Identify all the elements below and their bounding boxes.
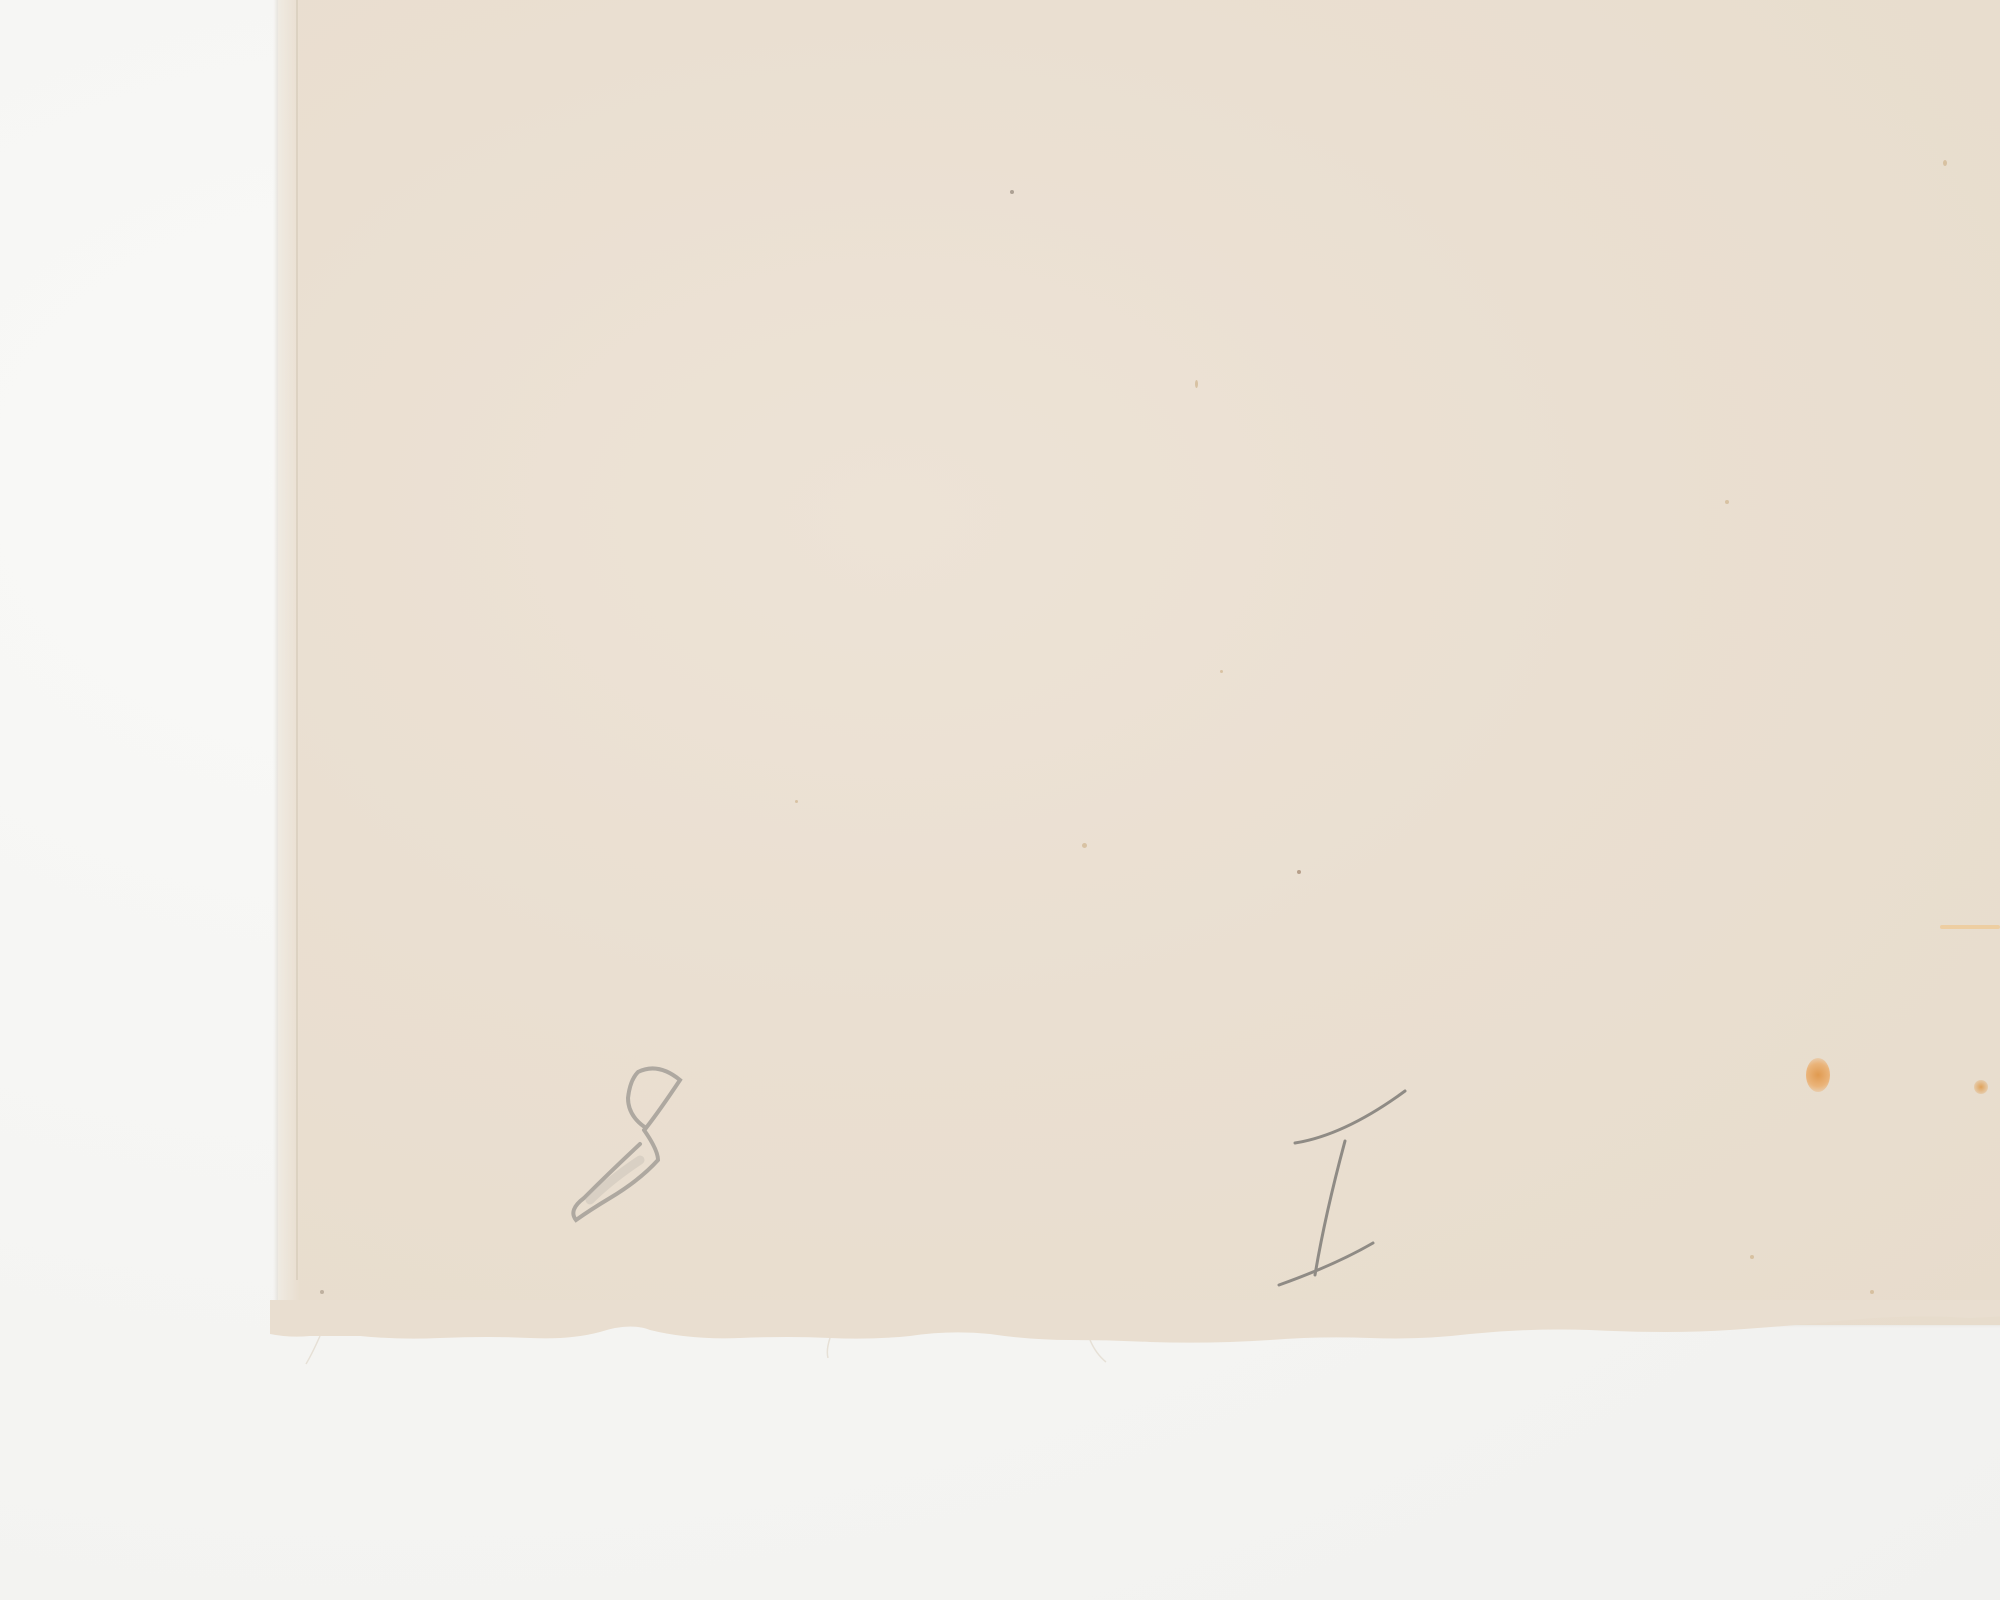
paper-speck <box>320 1290 324 1294</box>
foxing-spot <box>1806 1058 1830 1092</box>
foxing-spot <box>1974 1080 1988 1094</box>
foxing-streak <box>1940 925 2000 929</box>
paper-speck <box>1082 843 1087 848</box>
paper-speck <box>1943 160 1947 166</box>
pencil-numeral-8 <box>540 1050 740 1240</box>
pencil-roman-numeral-i <box>1255 1075 1445 1305</box>
deckle-edge <box>270 1300 2000 1380</box>
paper-speck <box>1220 670 1223 673</box>
paper-speck <box>1870 1290 1874 1294</box>
plate-mark-line <box>296 0 298 1280</box>
paper-speck <box>1010 190 1014 194</box>
paper-speck <box>795 800 798 803</box>
paper-speck <box>1750 1255 1754 1259</box>
paper-speck <box>1195 380 1198 388</box>
print-paper-sheet <box>278 0 2000 1325</box>
paper-speck <box>1297 870 1301 874</box>
paper-speck <box>1725 500 1729 504</box>
